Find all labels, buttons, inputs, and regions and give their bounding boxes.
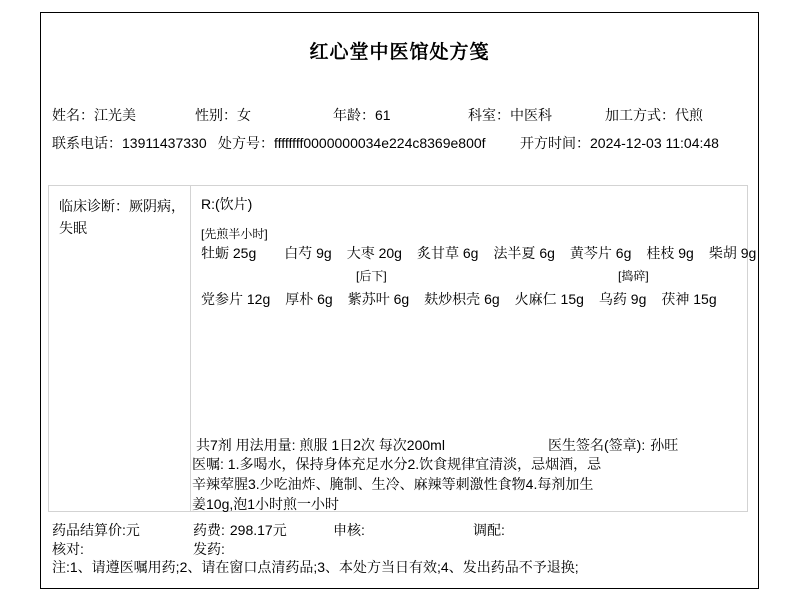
rx-content-cell: R:(饮片) [先煎半小时] 牡蛎 25g白芍 9g大枣 20g炙甘草 6g法半… xyxy=(191,186,747,511)
age-label: 年龄： xyxy=(333,107,375,123)
herb-item: 黄芩片 6g xyxy=(570,245,631,261)
herb-item: 法半夏 6g xyxy=(493,245,554,261)
page-title: 红心堂中医馆处方笺 xyxy=(41,37,758,64)
prescription-table: 临床诊断：厥阴病， 失眠 R:(饮片) [先煎半小时] 牡蛎 25g白芍 9g大… xyxy=(48,185,748,512)
herb-item: 火麻仁 15g xyxy=(515,291,584,307)
patient-name-label: 姓名： xyxy=(52,107,94,123)
medicine-fee-value: 298.17元 xyxy=(230,522,287,538)
field-phone: 联系电话：13911437330 xyxy=(52,135,207,153)
field-processing-method: 加工方式：代煎 xyxy=(605,107,703,125)
doctor-signature-label: 医生签名(签章): xyxy=(548,437,645,453)
field-gender: 性别：女 xyxy=(195,107,251,125)
field-settle-price: 药品结算价:元 xyxy=(52,522,140,540)
herb-item: 紫苏叶 6g xyxy=(348,291,409,307)
processing-method-value: 代煎 xyxy=(675,107,703,123)
field-rx-number: 处方号：ffffffff0000000034e224c8369e800f xyxy=(218,135,486,153)
settle-price-label: 药品结算价: xyxy=(52,522,126,538)
doctor-signature-value: 孙旺 xyxy=(650,437,678,453)
department-label: 科室： xyxy=(468,107,510,123)
patient-name-value: 江光美 xyxy=(94,107,136,123)
herb-item: 茯神 15g xyxy=(661,291,716,307)
age-value: 61 xyxy=(375,107,391,123)
herb-item: 柴胡 9g xyxy=(709,245,756,261)
herb-row-2: 党参片 12g厚朴 6g紫苏叶 6g麸炒枳壳 6g火麻仁 15g乌药 9g茯神 … xyxy=(201,291,732,309)
diagnosis-cell: 临床诊断：厥阴病， 失眠 xyxy=(49,186,191,511)
medicine-fee-label: 药费: xyxy=(193,522,225,538)
note-first-decoct: [先煎半小时] xyxy=(201,227,268,242)
herb-item: 大枣 20g xyxy=(347,245,402,261)
herb-item: 党参片 12g xyxy=(201,291,270,307)
processing-method-label: 加工方式： xyxy=(605,107,675,123)
field-check: 核对: xyxy=(52,541,84,559)
gender-label: 性别： xyxy=(195,107,237,123)
diagnosis-line1: 临床诊断：厥阴病， xyxy=(59,195,187,217)
herb-item: 牡蛎 25g xyxy=(201,245,256,261)
herb-item: 炙甘草 6g xyxy=(417,245,478,261)
field-age: 年龄：61 xyxy=(333,107,391,125)
instruction-line: 医嘱: 1.多喝水，保持身体充足水分2.饮食规律宜清淡，忌烟酒，忌 xyxy=(192,454,601,474)
herb-item: 厚朴 6g xyxy=(285,291,332,307)
herb-row-1: 牡蛎 25g白芍 9g大枣 20g炙甘草 6g法半夏 6g黄芩片 6g桂枝 9g… xyxy=(201,245,771,263)
phone-value: 13911437330 xyxy=(122,135,207,151)
department-value: 中医科 xyxy=(510,107,552,123)
instruction-line: 姜10g,泡1小时煎一小时 xyxy=(192,494,601,514)
medical-instructions: 医嘱: 1.多喝水，保持身体充足水分2.饮食规律宜清淡，忌烟酒，忌 辛辣荤腥3.… xyxy=(192,454,601,514)
herb-item: 白芍 9g xyxy=(284,245,331,261)
rx-number-label: 处方号： xyxy=(218,135,274,151)
field-review: 申核: xyxy=(333,522,365,540)
phone-label: 联系电话： xyxy=(52,135,122,151)
clinical-diagnosis: 临床诊断：厥阴病， 失眠 xyxy=(59,195,187,239)
footer-note: 注:1、请遵医嘱用药;2、请在窗口点清药品;3、本处方当日有效;4、发出药品不予… xyxy=(52,559,579,577)
diagnosis-line2: 失眠 xyxy=(59,217,187,239)
field-medicine-fee: 药费:298.17元 xyxy=(193,522,287,540)
gender-value: 女 xyxy=(237,107,251,123)
issue-time-label: 开方时间： xyxy=(520,135,590,151)
field-patient-name: 姓名：江光美 xyxy=(52,107,136,125)
herb-item: 桂枝 9g xyxy=(646,245,693,261)
note-add-later: [后下] xyxy=(356,269,387,284)
screenshot-canvas: 红心堂中医馆处方笺 姓名：江光美 性别：女 年龄：61 科室：中医科 加工方式：… xyxy=(0,0,800,600)
settle-price-unit: 元 xyxy=(126,522,140,538)
field-issue-medicine: 发药: xyxy=(193,541,225,559)
field-dispense: 调配: xyxy=(473,522,505,540)
rx-header: R:(饮片) xyxy=(201,196,252,214)
herb-item: 麸炒枳壳 6g xyxy=(424,291,499,307)
instruction-line: 辛辣荤腥3.少吃油炸、腌制、生冷、麻辣等刺激性食物4.每剂加生 xyxy=(192,474,601,494)
dosage-usage: 共7剂 用法用量: 煎服 1日2次 每次200ml xyxy=(196,437,445,455)
note-crush: [捣碎] xyxy=(618,269,649,284)
issue-time-value: 2024-12-03 11:04:48 xyxy=(590,135,719,151)
doctor-signature: 医生签名(签章):孙旺 xyxy=(548,437,678,455)
prescription-page: 红心堂中医馆处方笺 姓名：江光美 性别：女 年龄：61 科室：中医科 加工方式：… xyxy=(40,12,759,589)
field-department: 科室：中医科 xyxy=(468,107,552,125)
herb-item: 乌药 9g xyxy=(599,291,646,307)
rx-number-value: ffffffff0000000034e224c8369e800f xyxy=(274,135,486,151)
field-issue-time: 开方时间：2024-12-03 11:04:48 xyxy=(520,135,719,153)
